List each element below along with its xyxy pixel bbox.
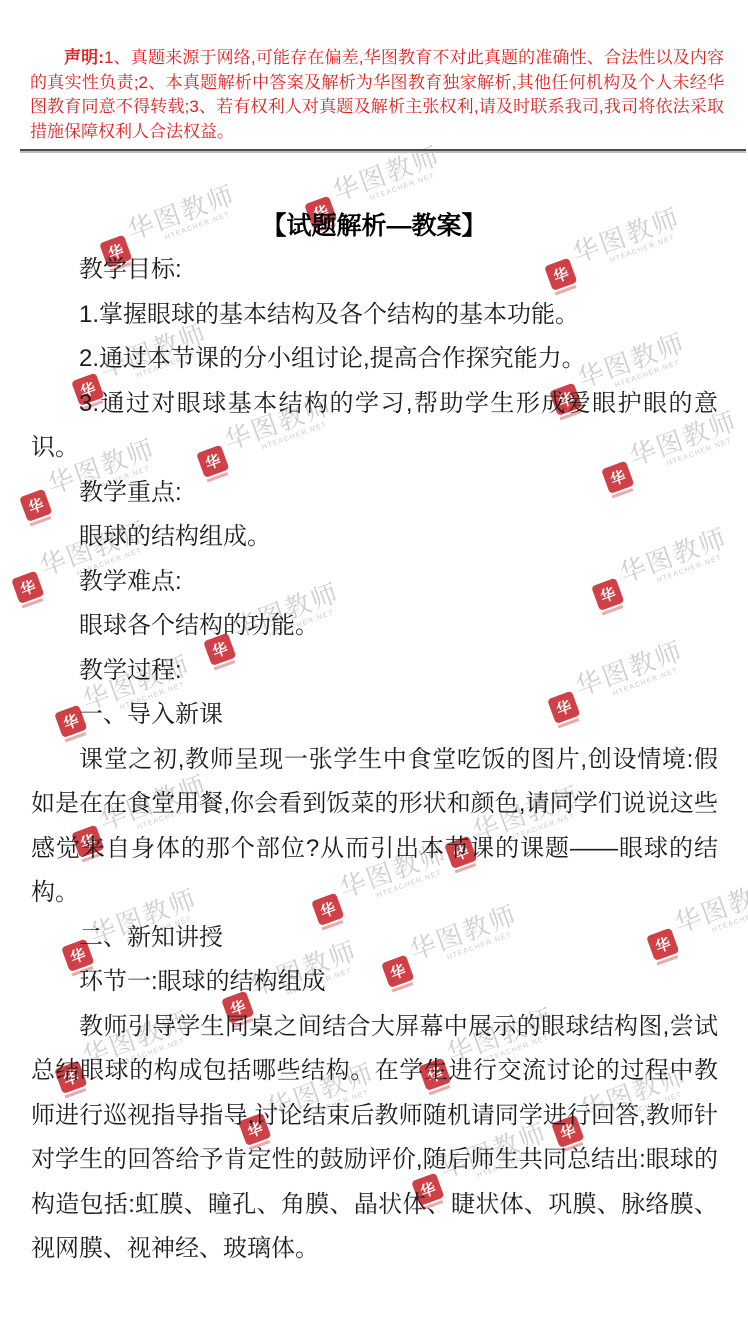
paragraph: 3.通过对眼球基本结构的学习,帮助学生形成爱眼护眼的意识。 <box>31 382 718 471</box>
paragraph: 二、新知讲授 <box>31 916 718 961</box>
paragraph: 2.通过本节课的分小组讨论,提高合作探究能力。 <box>31 337 718 382</box>
paragraph: 环节一:眼球的结构组成 <box>31 960 718 1005</box>
paragraph: 眼球的结构组成。 <box>31 515 718 560</box>
paragraph: 教师引导学生同桌之间结合大屏幕中展示的眼球结构图,尝试总结眼球的构成包括哪些结构… <box>31 1005 718 1272</box>
paragraph: 教学难点: <box>31 560 718 605</box>
document-page: 华华图教师HTEACHER.NET华华图教师HTEACHER.NET华华图教师H… <box>0 0 748 1335</box>
paragraph: 教学目标: <box>31 248 718 293</box>
paragraph: 教学重点: <box>31 471 718 516</box>
paragraph: 1.掌握眼球的基本结构及各个结构的基本功能。 <box>31 293 718 338</box>
header-divider <box>20 149 746 151</box>
paragraph: 教学过程: <box>31 649 718 694</box>
disclaimer-text: 1、真题来源于网络,可能存在偏差,华图教育不对此真题的准确性、合法性以及内容的真… <box>30 48 724 141</box>
disclaimer-label: 声明: <box>64 48 104 67</box>
paragraph: 课堂之初,教师呈现一张学生中食堂吃饭的图片,创设情境:假如是在在食堂用餐,你会看… <box>31 738 718 916</box>
document-content: 声明:1、真题来源于网络,可能存在偏差,华图教育不对此真题的准确性、合法性以及内… <box>0 0 748 1272</box>
page-title: 【试题解析—教案】 <box>0 204 748 248</box>
document-body: 教学目标:1.掌握眼球的基本结构及各个结构的基本功能。2.通过本节课的分小组讨论… <box>0 248 748 1272</box>
disclaimer: 声明:1、真题来源于网络,可能存在偏差,华图教育不对此真题的准确性、合法性以及内… <box>0 0 748 144</box>
paragraph: 一、导入新课 <box>31 693 718 738</box>
paragraph: 眼球各个结构的功能。 <box>31 604 718 649</box>
